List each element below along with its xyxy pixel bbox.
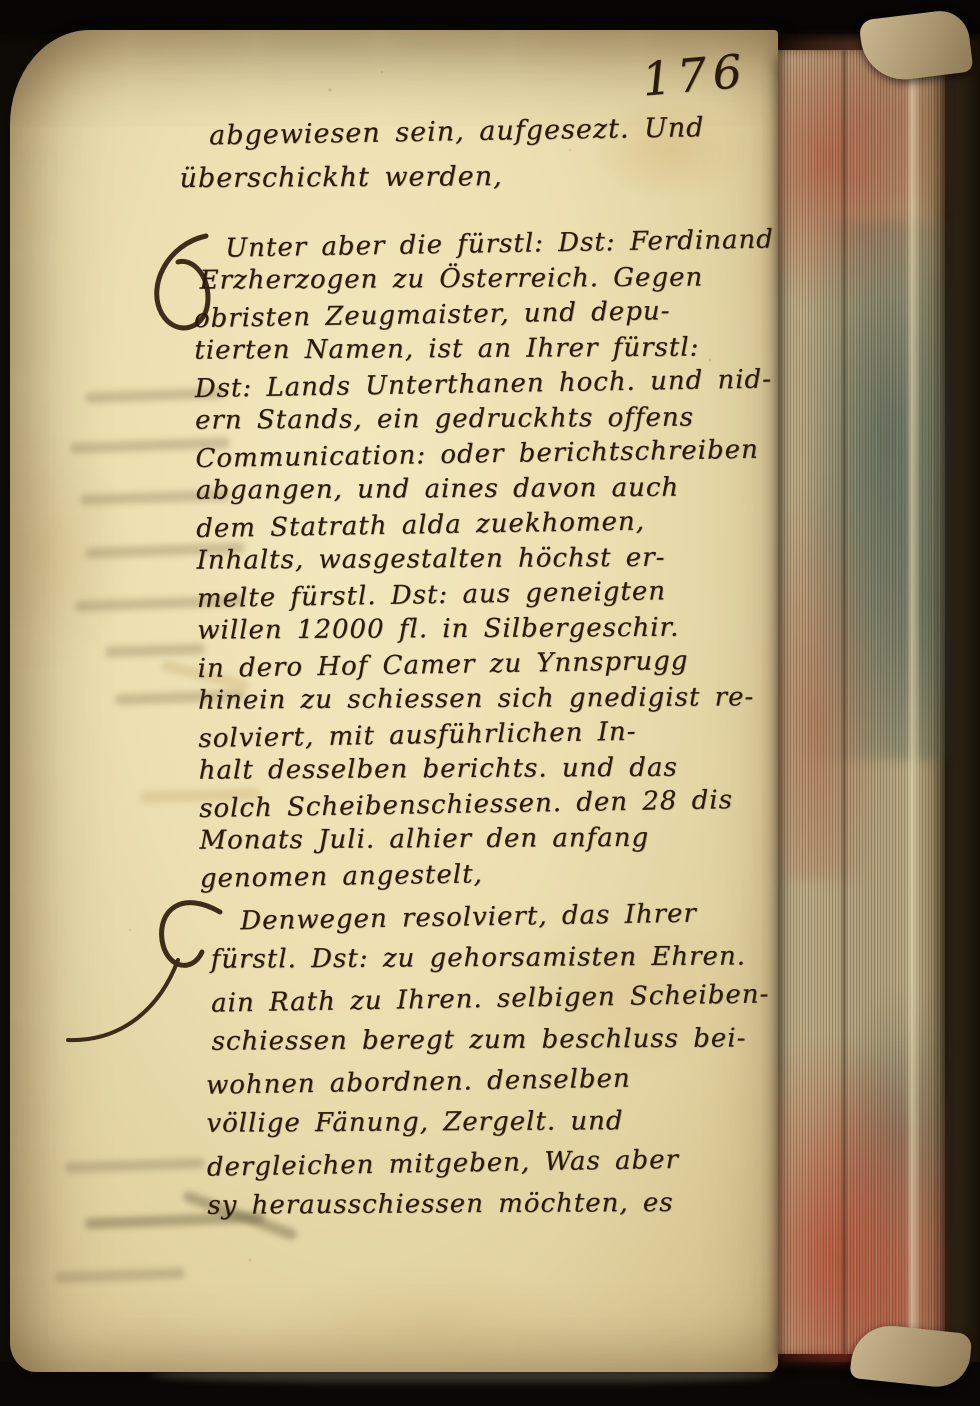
text-block: abgewiesen sein, aufgesezt. Undüberschic…: [3, 26, 785, 1376]
text-line: genomen angestelt,: [200, 851, 856, 897]
paragraph: Unter aber die fürstl: Dst: Ferdinand Ca…: [193, 223, 855, 895]
paragraph: abgewiesen sein, aufgesezt. Undüberschic…: [209, 107, 705, 202]
book-fore-edge: [778, 50, 945, 1354]
text-line: sy herausschiessen möchten, es: [207, 1182, 771, 1226]
paragraph: Denwegen resolviert, das Ihrerfürstl. Ds…: [210, 894, 772, 1228]
text-line: ain Rath zu Ihren. selbigen Scheiben-: [211, 974, 770, 1024]
text-line: schiessen beregt zum beschluss bei-: [211, 1018, 769, 1062]
text-line: völlige Fänung, Zergelt. und: [206, 1100, 770, 1144]
text-line: Denwegen resolviert, das Ihrer: [240, 892, 769, 942]
manuscript-photo: 176 abgewiesen sein, aufgesezt. Undübers…: [0, 0, 980, 1406]
manuscript-page: 176 abgewiesen sein, aufgesezt. Undübers…: [10, 30, 778, 1372]
text-line: abgewiesen sein, aufgesezt. Und: [209, 105, 705, 158]
text-line: überschickht werden,: [179, 153, 705, 201]
text-line: wohnen abordnen. denselben: [206, 1056, 771, 1106]
text-line: fürstl. Dst: zu gehorsamisten Ehren.: [211, 936, 769, 980]
fore-edge-crease: [842, 50, 846, 1354]
fore-edge-protruding-leaf: [906, 50, 921, 1346]
text-line: dergleichen mitgeben, Was aber: [207, 1138, 772, 1188]
